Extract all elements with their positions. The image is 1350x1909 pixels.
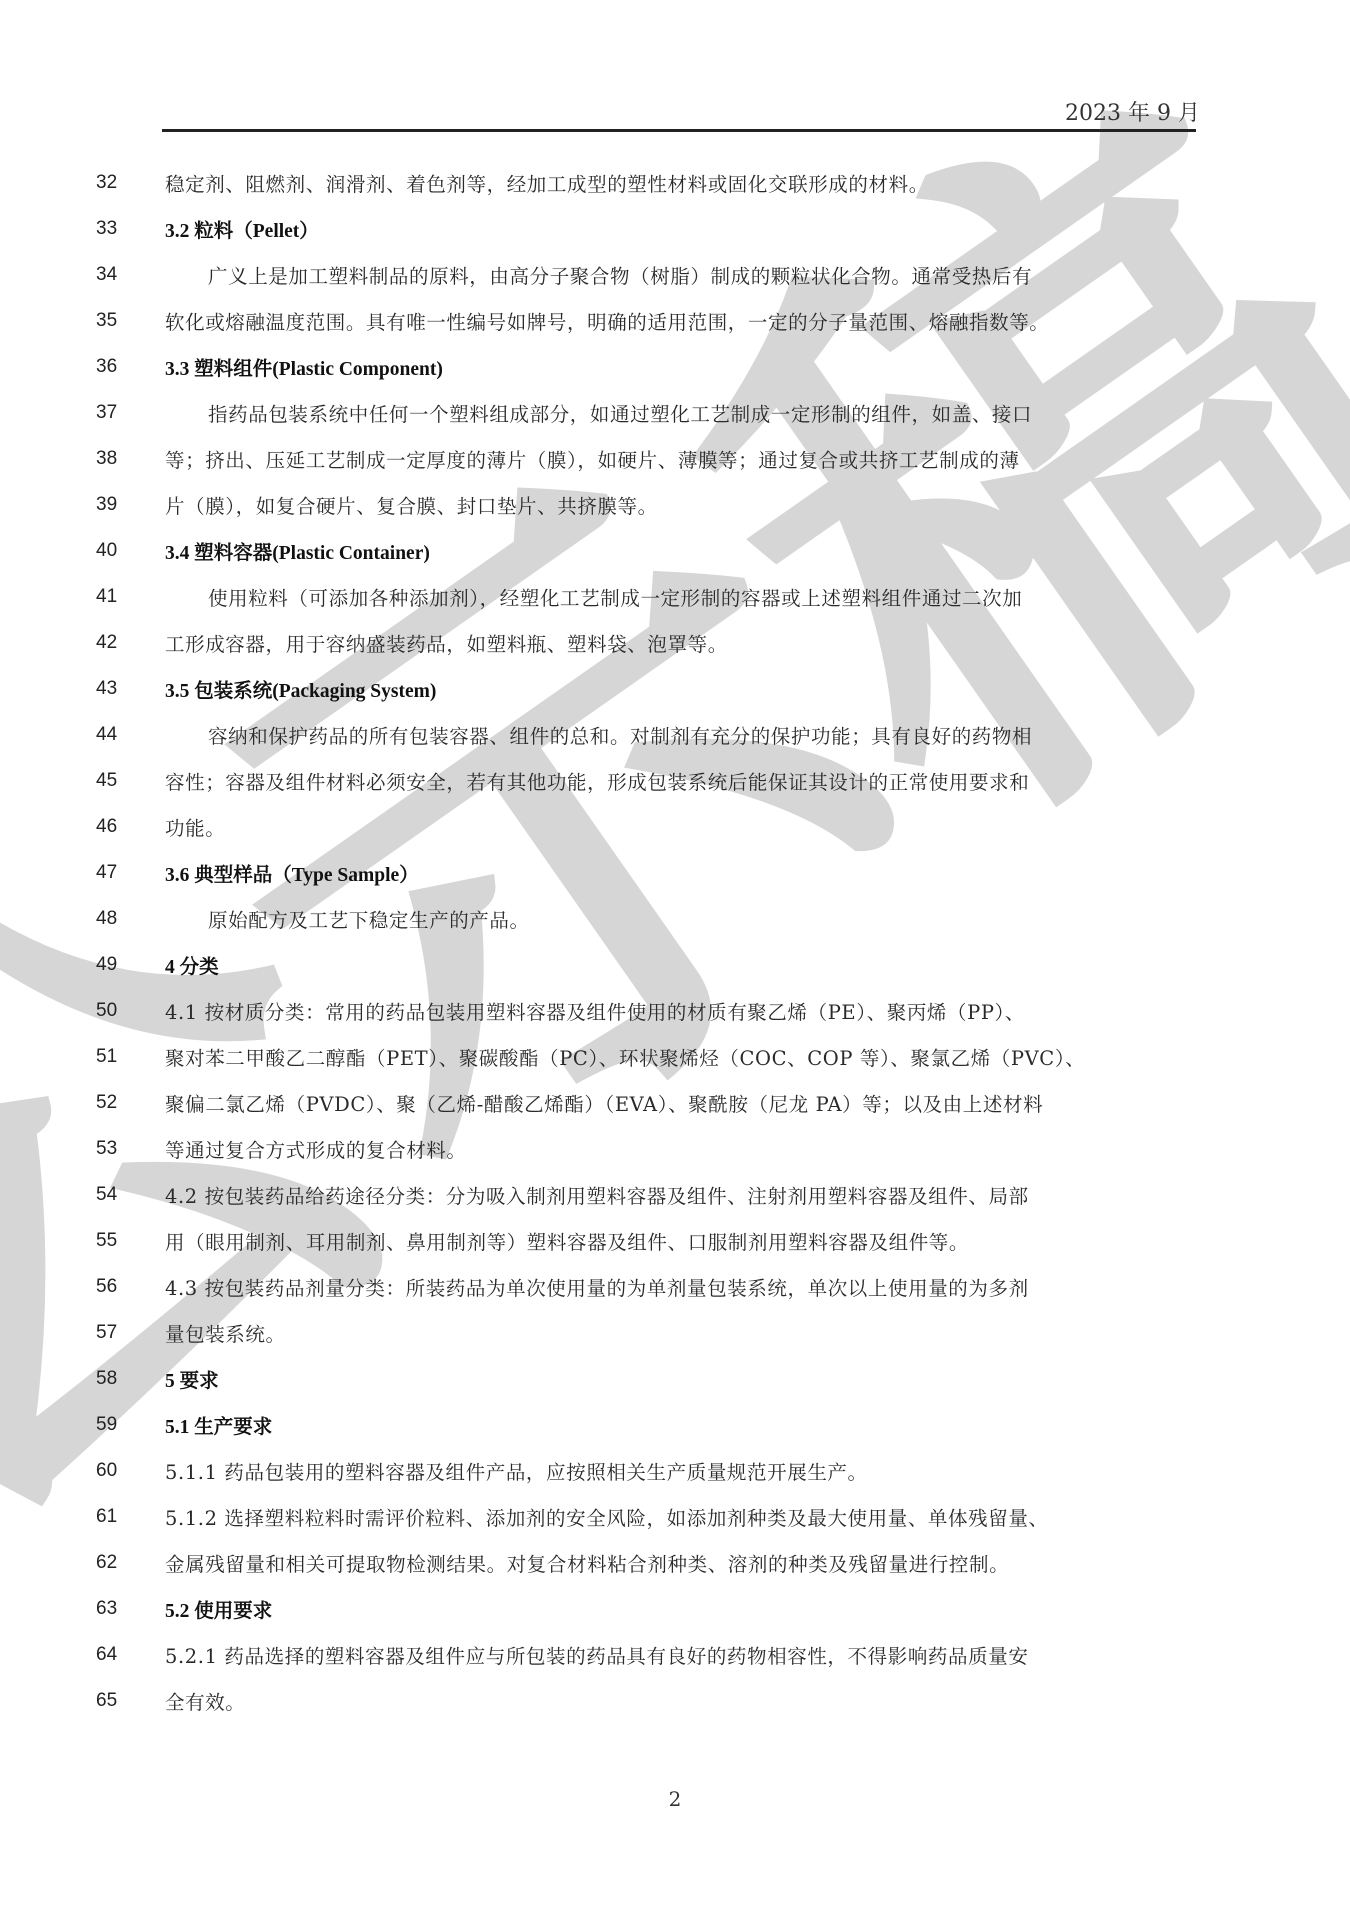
paragraph-text: 软化或熔融温度范围。具有唯一性编号如牌号，明确的适用范围，一定的分子量范围、熔融… [165, 307, 1049, 335]
text-line: 44容纳和保护药品的所有包装容器、组件的总和。对制剂有充分的保护功能；具有良好的… [0, 712, 1350, 758]
paragraph-text: 金属残留量和相关可提取物检测结果。对复合材料粘合剂种类、溶剂的种类及残留量进行控… [165, 1549, 1009, 1577]
paragraph-text: 指药品包装系统中任何一个塑料组成部分，如通过塑化工艺制成一定形制的组件，如盖、接… [208, 399, 1032, 427]
section-heading: 3.3 塑料组件(Plastic Component) [165, 353, 443, 381]
text-line: 38等；挤出、压延工艺制成一定厚度的薄片（膜），如硬片、薄膜等；通过复合或共挤工… [0, 436, 1350, 482]
text-line: 32稳定剂、阻燃剂、润滑剂、着色剂等，经加工成型的塑性材料或固化交联形成的材料。 [0, 160, 1350, 206]
line-number: 55 [96, 1230, 136, 1252]
paragraph-text: 功能。 [165, 813, 225, 841]
paragraph-text: 聚对苯二甲酸乙二醇酯（PET）、聚碳酸酯（PC）、环状聚烯烃（COC、COP 等… [165, 1043, 1085, 1071]
text-line: 564.3 按包装药品剂量分类：所装药品为单次使用量的为单剂量包装系统，单次以上… [0, 1264, 1350, 1310]
text-line: 615.1.2 选择塑料粒料时需评价粒料、添加剂的安全风险，如添加剂种类及最大使… [0, 1494, 1350, 1540]
line-number: 52 [96, 1092, 136, 1114]
text-line: 52聚偏二氯乙烯（PVDC）、聚（乙烯-醋酸乙烯酯）（EVA）、聚酰胺（尼龙 P… [0, 1080, 1350, 1126]
paragraph-text: 片（膜），如复合硬片、复合膜、封口垫片、共挤膜等。 [165, 491, 658, 519]
text-line: 62金属残留量和相关可提取物检测结果。对复合材料粘合剂种类、溶剂的种类及残留量进… [0, 1540, 1350, 1586]
line-number: 37 [96, 402, 136, 424]
section-heading: 5.2 使用要求 [165, 1595, 272, 1623]
section-heading: 3.4 塑料容器(Plastic Container) [165, 537, 430, 565]
paragraph-text: 工形成容器，用于容纳盛装药品，如塑料瓶、塑料袋、泡罩等。 [165, 629, 728, 657]
paragraph-text: 稳定剂、阻燃剂、润滑剂、着色剂等，经加工成型的塑性材料或固化交联形成的材料。 [165, 169, 929, 197]
line-number: 40 [96, 540, 136, 562]
text-line: 39片（膜），如复合硬片、复合膜、封口垫片、共挤膜等。 [0, 482, 1350, 528]
line-number: 44 [96, 724, 136, 746]
section-heading: 5 要求 [165, 1365, 219, 1393]
paragraph-text: 5.1.1 药品包装用的塑料容器及组件产品，应按照相关生产质量规范开展生产。 [165, 1457, 868, 1485]
text-line: 645.2.1 药品选择的塑料容器及组件应与所包装的药品具有良好的药物相容性，不… [0, 1632, 1350, 1678]
text-line: 34广义上是加工塑料制品的原料，由高分子聚合物（树脂）制成的颗粒状化合物。通常受… [0, 252, 1350, 298]
line-number: 33 [96, 218, 136, 240]
text-line: 41使用粒料（可添加各种添加剂），经塑化工艺制成一定形制的容器或上述塑料组件通过… [0, 574, 1350, 620]
page-number: 2 [0, 1787, 1350, 1811]
section-heading-line: 585 要求 [0, 1356, 1350, 1402]
section-heading: 4 分类 [165, 951, 219, 979]
line-number: 43 [96, 678, 136, 700]
text-line: 544.2 按包装药品给药途径分类：分为吸入制剂用塑料容器及组件、注射剂用塑料容… [0, 1172, 1350, 1218]
line-number: 42 [96, 632, 136, 654]
paragraph-text: 聚偏二氯乙烯（PVDC）、聚（乙烯-醋酸乙烯酯）（EVA）、聚酰胺（尼龙 PA）… [165, 1089, 1043, 1117]
paragraph-text: 原始配方及工艺下稳定生产的产品。 [208, 905, 530, 933]
text-line: 57量包装系统。 [0, 1310, 1350, 1356]
text-line: 42工形成容器，用于容纳盛装药品，如塑料瓶、塑料袋、泡罩等。 [0, 620, 1350, 666]
paragraph-text: 量包装系统。 [165, 1319, 286, 1347]
line-number: 56 [96, 1276, 136, 1298]
text-line: 504.1 按材质分类：常用的药品包装用塑料容器及组件使用的材质有聚乙烯（PE）… [0, 988, 1350, 1034]
section-heading-line: 635.2 使用要求 [0, 1586, 1350, 1632]
line-number: 53 [96, 1138, 136, 1160]
section-heading-line: 473.6 典型样品（Type Sample） [0, 850, 1350, 896]
text-line: 605.1.1 药品包装用的塑料容器及组件产品，应按照相关生产质量规范开展生产。 [0, 1448, 1350, 1494]
paragraph-text: 容纳和保护药品的所有包装容器、组件的总和。对制剂有充分的保护功能；具有良好的药物… [208, 721, 1032, 749]
line-number: 60 [96, 1460, 136, 1482]
paragraph-text: 等通过复合方式形成的复合材料。 [165, 1135, 467, 1163]
paragraph-text: 4.3 按包装药品剂量分类：所装药品为单次使用量的为单剂量包装系统，单次以上使用… [165, 1273, 1029, 1301]
line-number: 63 [96, 1598, 136, 1620]
header-divider [162, 129, 1196, 132]
paragraph-text: 全有效。 [165, 1687, 245, 1715]
line-number: 35 [96, 310, 136, 332]
line-number: 46 [96, 816, 136, 838]
paragraph-text: 容性；容器及组件材料必须安全，若有其他功能，形成包装系统后能保证其设计的正常使用… [165, 767, 1029, 795]
line-number: 65 [96, 1690, 136, 1712]
line-number: 61 [96, 1506, 136, 1528]
line-number: 47 [96, 862, 136, 884]
line-number: 45 [96, 770, 136, 792]
text-line: 51聚对苯二甲酸乙二醇酯（PET）、聚碳酸酯（PC）、环状聚烯烃（COC、COP… [0, 1034, 1350, 1080]
section-heading-line: 333.2 粒料（Pellet） [0, 206, 1350, 252]
section-heading: 5.1 生产要求 [165, 1411, 272, 1439]
section-heading: 3.6 典型样品（Type Sample） [165, 859, 419, 887]
paragraph-text: 4.2 按包装药品给药途径分类：分为吸入制剂用塑料容器及组件、注射剂用塑料容器及… [165, 1181, 1029, 1209]
line-number: 38 [96, 448, 136, 470]
paragraph-text: 广义上是加工塑料制品的原料，由高分子聚合物（树脂）制成的颗粒状化合物。通常受热后… [208, 261, 1032, 289]
section-heading-line: 363.3 塑料组件(Plastic Component) [0, 344, 1350, 390]
paragraph-text: 等；挤出、压延工艺制成一定厚度的薄片（膜），如硬片、薄膜等；通过复合或共挤工艺制… [165, 445, 1020, 473]
line-number: 48 [96, 908, 136, 930]
line-number: 64 [96, 1644, 136, 1666]
paragraph-text: 4.1 按材质分类：常用的药品包装用塑料容器及组件使用的材质有聚乙烯（PE）、聚… [165, 997, 1025, 1025]
text-line: 45容性；容器及组件材料必须安全，若有其他功能，形成包装系统后能保证其设计的正常… [0, 758, 1350, 804]
line-number: 59 [96, 1414, 136, 1436]
header-date: 2023 年 9 月 [1065, 96, 1200, 127]
text-line: 53等通过复合方式形成的复合材料。 [0, 1126, 1350, 1172]
line-number: 51 [96, 1046, 136, 1068]
section-heading-line: 403.4 塑料容器(Plastic Container) [0, 528, 1350, 574]
paragraph-text: 5.1.2 选择塑料粒料时需评价粒料、添加剂的安全风险，如添加剂种类及最大使用量… [165, 1503, 1049, 1531]
line-number: 62 [96, 1552, 136, 1574]
paragraph-text: 使用粒料（可添加各种添加剂），经塑化工艺制成一定形制的容器或上述塑料组件通过二次… [208, 583, 1022, 611]
text-line: 37指药品包装系统中任何一个塑料组成部分，如通过塑化工艺制成一定形制的组件，如盖… [0, 390, 1350, 436]
line-number: 50 [96, 1000, 136, 1022]
text-line: 55用（眼用制剂、耳用制剂、鼻用制剂等）塑料容器及组件、口服制剂用塑料容器及组件… [0, 1218, 1350, 1264]
line-number: 49 [96, 954, 136, 976]
section-heading-line: 595.1 生产要求 [0, 1402, 1350, 1448]
section-heading: 3.2 粒料（Pellet） [165, 215, 319, 243]
line-number: 39 [96, 494, 136, 516]
text-line: 65全有效。 [0, 1678, 1350, 1724]
line-number: 32 [96, 172, 136, 194]
line-number: 36 [96, 356, 136, 378]
line-number: 54 [96, 1184, 136, 1206]
line-number: 58 [96, 1368, 136, 1390]
line-number: 41 [96, 586, 136, 608]
line-number: 57 [96, 1322, 136, 1344]
section-heading: 3.5 包装系统(Packaging System) [165, 675, 436, 703]
line-number: 34 [96, 264, 136, 286]
paragraph-text: 5.2.1 药品选择的塑料容器及组件应与所包装的药品具有良好的药物相容性，不得影… [165, 1641, 1028, 1669]
section-heading-line: 433.5 包装系统(Packaging System) [0, 666, 1350, 712]
paragraph-text: 用（眼用制剂、耳用制剂、鼻用制剂等）塑料容器及组件、口服制剂用塑料容器及组件等。 [165, 1227, 969, 1255]
text-line: 35软化或熔融温度范围。具有唯一性编号如牌号，明确的适用范围，一定的分子量范围、… [0, 298, 1350, 344]
section-heading-line: 494 分类 [0, 942, 1350, 988]
text-line: 48原始配方及工艺下稳定生产的产品。 [0, 896, 1350, 942]
text-line: 46功能。 [0, 804, 1350, 850]
